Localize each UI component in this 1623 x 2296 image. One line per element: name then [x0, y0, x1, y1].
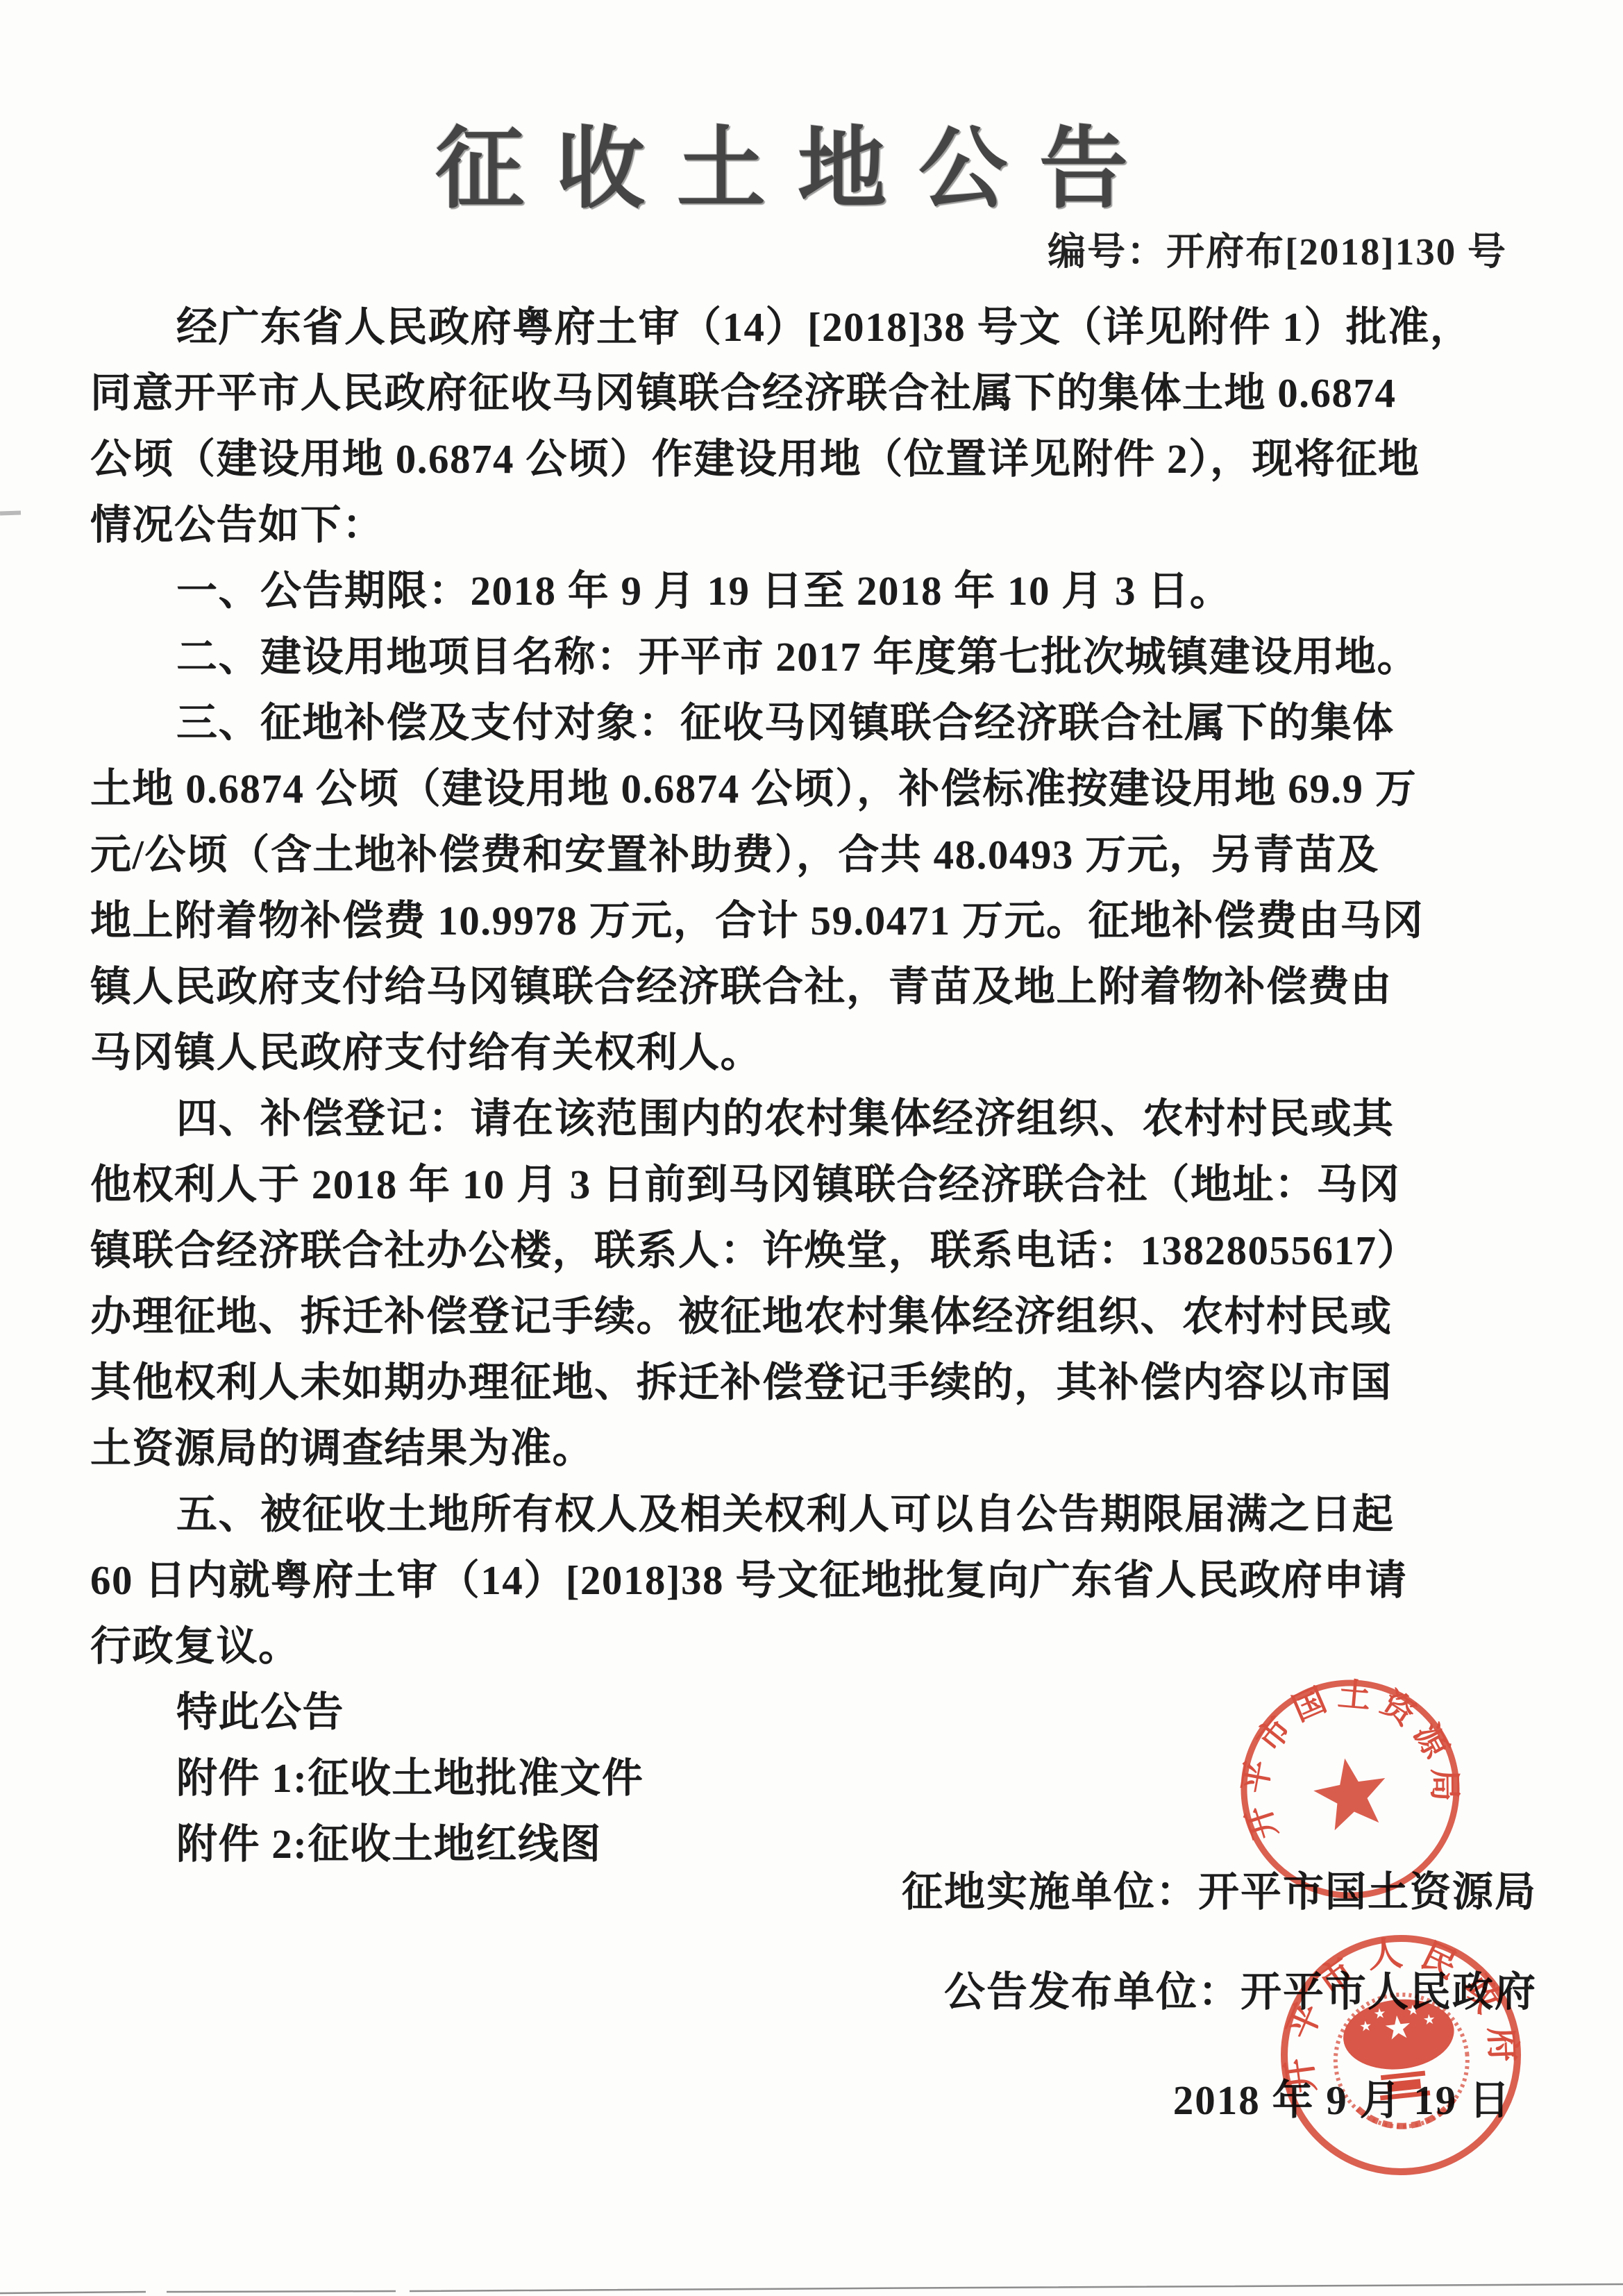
body-line-item-1: 一、公告期限：2018 年 9 月 19 日至 2018 年 10 月 3 日。 [90, 558, 1547, 624]
body-line: 经广东省人民政府粤府土审（14）[2018]38 号文（详见附件 1）批准， [90, 294, 1547, 360]
svg-text:★: ★ [1422, 2011, 1436, 2029]
body-line: 镇联合经济联合社办公楼，联系人：许焕堂，联系电话：13828055617） [90, 1218, 1547, 1284]
body-line: 他权利人于 2018 年 10 月 3 日前到马冈镇联合经济联合社（地址：马冈 [90, 1152, 1547, 1218]
page-title: 征收土地公告 [0, 97, 1609, 225]
scan-artifact-dash [0, 510, 21, 515]
body-line: 公顷（建设用地 0.6874 公顷）作建设用地（位置详见附件 2），现将征地 [90, 426, 1547, 492]
body-line: 同意开平市人民政府征收马冈镇联合经济联合社属下的集体土地 0.6874 [90, 360, 1547, 426]
body-line: 行政复议。 [90, 1614, 1547, 1679]
body-line-item-3: 三、征地补偿及支付对象：征收马冈镇联合经济联合社属下的集体 [90, 690, 1547, 756]
body-line: 60 日内就粤府土审（14）[2018]38 号文征地批复向广东省人民政府申请 [90, 1548, 1547, 1614]
national-emblem-icon: ★ ★ ★ ★ ★ [1329, 1988, 1474, 2134]
body-line-item-5: 五、被征收土地所有权人及相关权利人可以自公告期限届满之日起 [90, 1482, 1547, 1548]
svg-text:★: ★ [1406, 2001, 1420, 2019]
body-line: 土资源局的调查结果为准。 [90, 1416, 1547, 1482]
body-line: 其他权利人未如期办理征地、拆迁补偿登记手续的，其补偿内容以市国 [90, 1350, 1547, 1416]
body-line: 情况公告如下： [90, 492, 1547, 558]
body-line: 镇人民政府支付给马冈镇联合经济联合社，青苗及地上附着物补偿费由 [90, 954, 1547, 1020]
body-line: 马冈镇人民政府支付给有关权利人。 [90, 1020, 1547, 1086]
government-seal-icon: 开平市人民政府 ★ ★ ★ ★ ★ [1262, 1916, 1540, 2194]
body-line: 办理征地、拆迁补偿登记手续。被征地农村集体经济组织、农村村民或 [90, 1284, 1547, 1350]
body-line: 地上附着物补偿费 10.9978 万元，合计 59.0471 万元。征地补偿费由… [90, 888, 1547, 954]
announcement-body: 经广东省人民政府粤府土审（14）[2018]38 号文（详见附件 1）批准， 同… [90, 294, 1547, 1877]
body-line-item-2: 二、建设用地项目名称：开平市 2017 年度第七批次城镇建设用地。 [90, 624, 1547, 690]
announcement-page: 征收土地公告 编号：开府布[2018]130 号 经广东省人民政府粤府土审（14… [0, 0, 1623, 2296]
scan-edge-line [0, 2279, 1623, 2296]
svg-text:★: ★ [1359, 2017, 1372, 2035]
body-line-item-4: 四、补偿登记：请在该范围内的农村集体经济组织、农村村民或其 [90, 1086, 1547, 1152]
svg-text:★: ★ [1372, 2004, 1386, 2022]
seal-star-icon [1309, 1752, 1393, 1833]
body-line: 土地 0.6874 公顷（建设用地 0.6874 公顷），补偿标准按建设用地 6… [90, 756, 1547, 822]
document-number: 编号：开府布[2018]130 号 [1048, 221, 1507, 276]
body-line: 元/公顷（含土地补偿费和安置补助费），合共 48.0493 万元，另青苗及 [90, 822, 1547, 888]
land-bureau-seal-icon: 开平市国土资源局 [1218, 1657, 1483, 1922]
